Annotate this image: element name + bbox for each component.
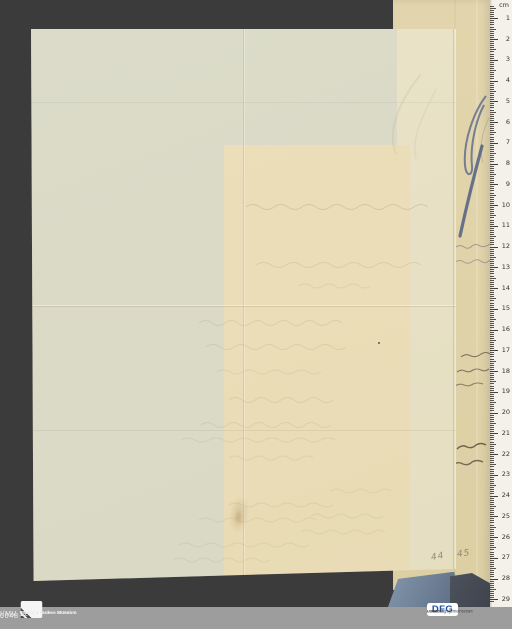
ruler-tick [490,522,494,523]
ruler-tick [490,228,494,229]
ruler-tick [490,33,494,34]
ruler-tick [490,255,494,256]
ruler-tick [490,537,498,538]
ruler-number: 18 [502,368,510,375]
ruler-tick [490,141,494,142]
ruler-tick [490,66,494,67]
ruler-tick [490,572,494,573]
ruler-tick [490,215,496,216]
ruler-tick [490,361,496,362]
ruler-tick [490,309,498,310]
ruler-tick [490,367,494,368]
ruler-tick [490,583,494,584]
ruler-tick [490,143,498,144]
ruler-tick [490,76,494,77]
ruler-tick [490,373,494,374]
ruler-tick [490,599,498,600]
ruler-tick [490,446,494,447]
ruler-tick [490,234,494,235]
ruler-tick [490,213,494,214]
ruler-tick [490,591,494,592]
ruler-tick [490,16,494,17]
ruler-tick [490,325,494,326]
fold-line [31,430,456,431]
ruler-tick [490,330,498,331]
ruler-number: 20 [502,409,510,416]
ruler-tick [490,413,498,414]
ruler-tick [490,186,494,187]
ruler-tick [490,110,494,111]
ruler-tick [490,220,494,221]
ruler-tick [490,126,494,127]
ruler-tick [490,450,494,451]
page-edge [453,29,454,581]
ruler-tick [490,473,494,474]
ruler-tick [490,462,494,463]
ruler-number: 24 [502,492,510,499]
ruler-tick [490,174,496,175]
ruler-tick [490,402,496,403]
ruler-tick [490,313,494,314]
ruler-tick [490,444,496,445]
ruler-tick [490,267,498,268]
ruler-tick [490,18,498,19]
ruler-tick [490,568,496,569]
ruler-tick [490,547,496,548]
ruler-tick [490,276,494,277]
ruler-tick [490,392,498,393]
ruler-tick [490,217,494,218]
ruler-tick [490,481,494,482]
ruler-tick [490,303,494,304]
ruler-tick [490,489,494,490]
ruler-tick [490,168,494,169]
ruler-number: 23 [502,471,510,478]
ruler-tick [490,151,494,152]
ruler-tick [490,294,494,295]
ruler-tick [490,107,494,108]
ruler-tick [490,566,494,567]
ruler-tick [490,10,494,11]
funding-org-line2: Forschungsgemeinschaft [427,610,473,614]
footer-bar: Ethnologisches Museum Staatliche Museen … [0,607,512,629]
ruler-tick [490,178,494,179]
ruler-tick [490,570,494,571]
ruler-tick [490,369,494,370]
ruler-tick [490,247,498,248]
ruler-tick [490,211,494,212]
ruler-tick [490,56,494,57]
ruler-tick [490,579,498,580]
ruler-tick [490,205,498,206]
ruler-number: 29 [502,596,510,603]
ruler-tick [490,425,494,426]
ruler-tick [490,242,494,243]
ruler-tick [490,54,494,55]
ruler-tick [490,512,494,513]
ruler-tick [490,477,494,478]
ruler-tick [490,410,494,411]
ruler-tick [490,458,494,459]
ruler-tick [490,116,494,117]
ruler-number: 28 [502,575,510,582]
ruler-tick [490,541,494,542]
ruler-number: 27 [502,554,510,561]
ruler-tick [490,348,494,349]
pencil-mark-45: 45 [457,548,471,559]
ruler-number: 6 [506,119,510,126]
ruler-tick [490,464,496,465]
stain [232,507,245,529]
ruler-tick [490,128,494,129]
ruler-tick [490,298,496,299]
ruler-tick [490,226,498,227]
ruler-tick [490,83,494,84]
ruler-tick [490,257,496,258]
ruler-tick [490,518,494,519]
ruler-tick [490,417,494,418]
ruler-tick [490,197,494,198]
ruler-tick [490,232,494,233]
ruler-tick [490,516,498,517]
ruler-tick [490,525,494,526]
ruler-tick [490,284,494,285]
ruler-tick [490,514,494,515]
ruler-tick [490,375,494,376]
ruler-tick [490,396,494,397]
ruler-tick [490,363,494,364]
ruler-tick [490,184,498,185]
ruler-tick [490,97,494,98]
ruler-tick [490,37,494,38]
ruler-tick [490,556,494,557]
ruler-tick [490,545,494,546]
ruler-tick [490,132,496,133]
ruler-tick [490,89,494,90]
ruler-tick [490,595,494,596]
ruler-tick [490,332,494,333]
ruler-tick [490,58,494,59]
page-edge [455,29,456,581]
ruler-tick [490,81,498,82]
ruler-tick [490,230,494,231]
ruler-tick [490,74,494,75]
ruler-tick [490,338,494,339]
ruler-tick [490,265,494,266]
ruler-tick [490,134,494,135]
ruler-tick [490,120,494,121]
ruler-tick [490,483,494,484]
ruler-tick [490,99,494,100]
ruler-tick [490,311,494,312]
ruler-number: 15 [502,305,510,312]
ruler-tick [490,195,496,196]
ruler-tick [490,539,494,540]
ruler-tick [490,448,494,449]
ruler-tick [490,130,494,131]
ruler-number: 21 [502,430,510,437]
ruler-tick [490,394,494,395]
ruler-tick [490,562,494,563]
ruler-tick [490,574,494,575]
ruler-tick [490,508,494,509]
ruler-tick [490,475,498,476]
ruler-tick [490,20,494,21]
ruler-tick [490,429,494,430]
ruler-number: 2 [506,36,510,43]
ruler-tick [490,93,494,94]
ruler-tick [490,47,494,48]
ruler-tick [490,35,494,36]
ruler-tick [490,406,494,407]
ruler-tick [490,321,494,322]
ruler-tick [490,296,494,297]
ruler-tick [490,51,494,52]
ruler-tick [490,327,494,328]
ruler-tick [490,529,494,530]
ruler-tick [490,466,494,467]
ruler-tick [490,31,494,32]
ruler-tick [490,431,494,432]
ruler-tick [490,122,498,123]
ruler-tick [490,437,494,438]
ruler-tick [490,552,494,553]
ruler-tick [490,39,498,40]
ruler-tick [490,182,494,183]
ruler-number: 16 [502,326,510,333]
ruler-tick [490,496,498,497]
ruler-tick [490,350,498,351]
ruler-tick [490,103,494,104]
ruler-tick [490,317,494,318]
ruler-tick [490,415,494,416]
ruler-tick [490,137,494,138]
ruler-tick [490,527,496,528]
ruler-tick [490,334,494,335]
ruler-tick [490,471,494,472]
ruler-tick [490,589,496,590]
ruler-tick [490,27,494,28]
ruler-number: 9 [506,181,510,188]
ruler-number: 14 [502,285,510,292]
ruler-number: 11 [502,222,510,229]
ruler-tick [490,85,494,86]
ruler-number: 8 [506,160,510,167]
ruler-tick [490,271,494,272]
ruler-tick [490,253,494,254]
ruler-tick [490,238,494,239]
ruler-tick [490,155,494,156]
ruler-tick [490,533,494,534]
fold-line [31,306,456,307]
ruler-tick [490,153,496,154]
ruler-tick [490,95,494,96]
ruler-tick [490,439,494,440]
ruler-tick [490,199,494,200]
ruler-tick [490,278,496,279]
ruler-tick [490,105,494,106]
ruler-tick [490,506,496,507]
ruler-tick [490,354,494,355]
ruler-tick [490,433,498,434]
ruler-tick [490,423,496,424]
ruler-tick [490,377,494,378]
ruler-tick [490,601,494,602]
ruler-unit-label: cm [499,1,509,9]
ruler-tick [490,280,494,281]
ruler-tick [490,78,494,79]
ruler-tick [490,209,494,210]
ruler-tick [490,398,494,399]
ruler-tick [490,124,494,125]
ruler-tick [490,307,494,308]
ruler-tick [490,500,494,501]
ruler-tick [490,24,494,25]
ruler-tick [490,188,494,189]
ruler-tick [490,236,496,237]
ruler-tick [490,259,494,260]
ruler-tick [490,263,494,264]
ruler-tick [490,381,496,382]
ruler-tick [490,344,494,345]
ruler-tick [490,336,494,337]
ruler-tick [490,319,496,320]
ruler-tick [490,419,494,420]
ruler-tick [490,224,494,225]
ruler-tick [490,576,494,577]
ruler-tick [490,359,494,360]
ruler-tick [490,166,494,167]
ruler-tick [490,487,494,488]
scan-viewer: 45 44 cm 1234567891011121314151617181920… [0,0,512,629]
ruler-tick [490,161,494,162]
ruler-tick [490,282,494,283]
ruler-tick [490,244,494,245]
ruler-tick [490,139,494,140]
ruler-tick [490,6,494,7]
ruler-tick [490,400,494,401]
ruler-tick [490,531,494,532]
ruler-tick [490,190,494,191]
ruler-tick [490,585,494,586]
ruler-number: 19 [502,388,510,395]
ruler-tick [490,288,498,289]
ruler-tick [490,70,496,71]
ruler-tick [490,593,494,594]
ruler-tick [490,554,494,555]
ruler-tick [490,292,494,293]
ruler-tick [490,388,494,389]
ruler-tick [490,371,498,372]
ruler-tick [490,535,494,536]
ruler-number: 3 [506,56,510,63]
ruler-tick [490,408,494,409]
ruler-tick [490,118,494,119]
ruler-tick [490,269,494,270]
ruler-tick [490,305,494,306]
ruler-tick [490,502,494,503]
ruler-tick [490,45,494,46]
ruler-tick [490,597,494,598]
ruler-tick [490,22,494,23]
ruler-tick [490,543,494,544]
ruler-tick [490,60,498,61]
ruler-tick [490,147,494,148]
ruler-tick [490,91,496,92]
ruler-tick [490,249,494,250]
ruler-tick [490,222,494,223]
ruler-tick [490,240,494,241]
document-page: 44 [31,29,456,581]
ruler-tick [490,352,494,353]
ruler-tick [490,510,494,511]
ruler-tick [490,340,496,341]
ruler-tick [490,159,494,160]
ruler-tick [490,29,496,30]
ruler-tick [490,207,494,208]
ruler-tick [490,581,494,582]
ruler-tick [490,421,494,422]
ruler-tick [490,520,494,521]
ruler-tick [490,114,494,115]
ruler-tick [490,149,494,150]
ruler-tick [490,170,494,171]
ruler-tick [490,251,494,252]
ruler-tick [490,164,498,165]
ruler-tick [490,261,494,262]
ruler-tick [490,180,494,181]
ruler-tick [490,460,494,461]
ruler-tick [490,491,494,492]
ruler-tick [490,435,494,436]
ruler-tick [490,290,494,291]
ruler: cm 1234567891011121314151617181920212223… [490,0,512,607]
ruler-tick [490,72,494,73]
ruler-tick [490,365,494,366]
ruler-tick [490,587,494,588]
ruler-tick [490,469,494,470]
ruler-tick [490,504,494,505]
ruler-number: 22 [502,451,510,458]
ruler-tick [490,157,494,158]
ruler-tick [490,386,494,387]
ruler-tick [490,273,494,274]
ruler-tick [490,427,494,428]
ruler-tick [490,43,494,44]
ruler-tick [490,203,494,204]
ruler-tick [490,342,494,343]
ruler-tick [490,558,498,559]
ruler-tick [490,172,494,173]
ruler-tick [490,286,494,287]
ruler-number: 4 [506,77,510,84]
ruler-number: 5 [506,98,510,105]
ruler-tick [490,564,494,565]
ruler-tick [490,300,494,301]
ruler-tick [490,442,494,443]
ruler-tick [490,68,494,69]
ruler-tick [490,64,494,65]
ruler-tick [490,145,494,146]
ruler-tick [490,549,494,550]
ruler-tick [490,323,494,324]
ruler-tick [490,356,494,357]
ruler-tick [490,62,494,63]
ruler-tick [490,101,498,102]
ruler-tick [490,87,494,88]
ruler-tick [490,201,494,202]
ruler-tick [490,454,498,455]
